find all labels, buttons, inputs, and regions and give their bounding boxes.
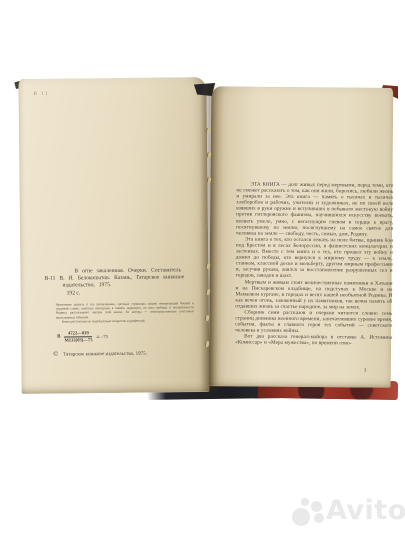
catalog-denominator: М132(03)—75 bbox=[64, 337, 92, 343]
paragraph: Мертвым и живым стоят величественные пам… bbox=[235, 279, 392, 311]
annotation-readership-line: Книга рассчитана на людей разных возраст… bbox=[45, 318, 201, 324]
avito-logo-icon bbox=[314, 513, 324, 523]
catalog-index: В 4722—039 М132(03)—75 4—75 bbox=[45, 329, 201, 343]
avito-logo-icon bbox=[311, 501, 322, 512]
copyright-line: © Татарское книжное издательство, 1975. bbox=[45, 350, 201, 358]
avito-logo-icon bbox=[301, 498, 309, 506]
catalog-prefix: В bbox=[57, 334, 60, 339]
catalog-code: 4—75 bbox=[96, 334, 108, 339]
left-page: В 11 В огне закаленная. Очерки. Составит… bbox=[18, 77, 209, 394]
body-text: ЭТА КНИГА — долг живых перед мертвыми, п… bbox=[235, 181, 393, 347]
copyright-icon: © bbox=[53, 352, 58, 358]
catalog-fraction: 4722—039 М132(03)—75 bbox=[64, 330, 92, 342]
paragraph: Вот два рассказа генерал-майора в отстав… bbox=[235, 334, 392, 348]
avito-watermark: Avito bbox=[290, 492, 402, 538]
paragraph: ЭТА КНИГА — долг живых перед мертвыми, п… bbox=[236, 181, 393, 237]
annotation-text: Фронтовые дороги, о тех раскаленных, гро… bbox=[45, 301, 201, 319]
binding-stitch bbox=[206, 128, 211, 135]
paragraph: Эта книга о тех, кто остался лежать на п… bbox=[236, 236, 393, 280]
listing-photo: В 11 В огне закаленная. Очерки. Составит… bbox=[0, 0, 405, 540]
paragraph: Сборник семи рассказов и очерков читаетс… bbox=[235, 309, 392, 335]
imprint-block: В огне закаленная. Очерки. Составитель В… bbox=[44, 267, 201, 358]
page-number: 3 bbox=[364, 369, 367, 374]
page-count-line: 192 с. bbox=[45, 289, 201, 298]
avito-watermark-text: Avito bbox=[326, 488, 405, 534]
right-page: ЭТА КНИГА — долг живых перед мертвыми, п… bbox=[209, 86, 394, 388]
copyright-text: Татарское книжное издательство, 1975. bbox=[63, 351, 147, 357]
library-stamp: В 11 bbox=[33, 92, 48, 97]
avito-logo-icon bbox=[292, 508, 310, 526]
